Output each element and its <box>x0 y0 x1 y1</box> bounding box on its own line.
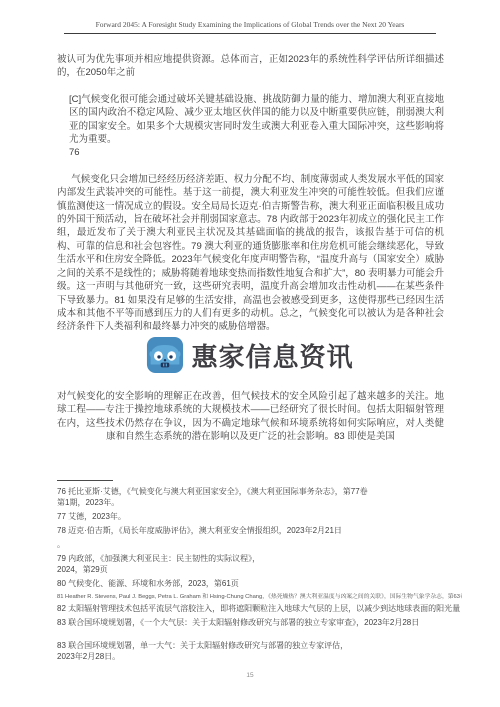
footnote-82: 82 太阳辐射管理技术包括平流层气溶胶注入，即将遮阳颗粒注入地球大气层的上层，以… <box>57 604 462 615</box>
footnote-marker-76: 76 <box>69 146 444 159</box>
footnote-83: 83 联合国环境规划署，《一个大气层：关于太阳辐射修改研究与部署的独立专家审查》… <box>57 618 462 629</box>
footnotes-section: 76 托比亚斯·艾德，《气候变化与澳大利亚国家安全》，《澳大利亚国际事务杂志》，… <box>57 480 462 666</box>
footnote-separator <box>57 480 113 481</box>
body-text: 被认可为优先事项并相应地提供资源。总体而言，正如2023年的系统性科学评估所详细… <box>57 53 444 443</box>
footnote-77: 77 艾德，2023年。 <box>57 512 462 523</box>
paragraph-geoengineering: 对气候变化的安全影响的理解正在改善，但气候技术的安全风险引起了越来越多的关注。地… <box>57 390 444 444</box>
footnote-78: 78 迈克·伯吉斯，《局长年度威胁评估》，澳大利亚安全情报组织，2023年2月2… <box>57 526 462 537</box>
footnote-81: 81 Heather R. Stevens, Paul J. Beggs, Pe… <box>57 593 462 601</box>
running-header: Forward 2045: A Foresight Study Examinin… <box>64 20 436 34</box>
watermark-text: 惠家信息资讯 <box>191 337 353 374</box>
robot-app-icon <box>146 336 184 374</box>
page-number: 15 <box>0 672 500 679</box>
document-page: Forward 2045: A Foresight Study Examinin… <box>0 0 500 707</box>
footnote-80: 80 气候变化、能源、环境和水务部，2023，第61页 <box>57 579 462 590</box>
paragraph-climate-conflict: 气候变化只会增加已经经历经济差距、权力分配不均、制度薄弱或人类发展水平低的国家内… <box>57 173 444 334</box>
footnote-79: 79 内政部，《加强澳大利亚民主：民主韧性的实际议程》， 2024，第29页 <box>57 554 462 575</box>
paragraph-intro: 被认可为优先事项并相应地提供资源。总体而言，正如2023年的系统性科学评估所详细… <box>57 53 444 80</box>
footnote-78-punct: 。 <box>57 540 462 551</box>
footnote-76: 76 托比亚斯·艾德，《气候变化与澳大利亚国家安全》，《澳大利亚国际事务杂志》，… <box>57 487 462 508</box>
watermark: 惠家信息资讯 <box>124 330 376 380</box>
footnote-83-duplicate: 83 联合国环境规划署，单一大气：关于太阳辐射修改研究与部署的独立专家评估， 2… <box>57 641 462 662</box>
block-quote: [C]气候变化很可能会通过破坏关键基础设施、挑战防御力量的能力、增加澳大利亚直接… <box>69 93 444 147</box>
